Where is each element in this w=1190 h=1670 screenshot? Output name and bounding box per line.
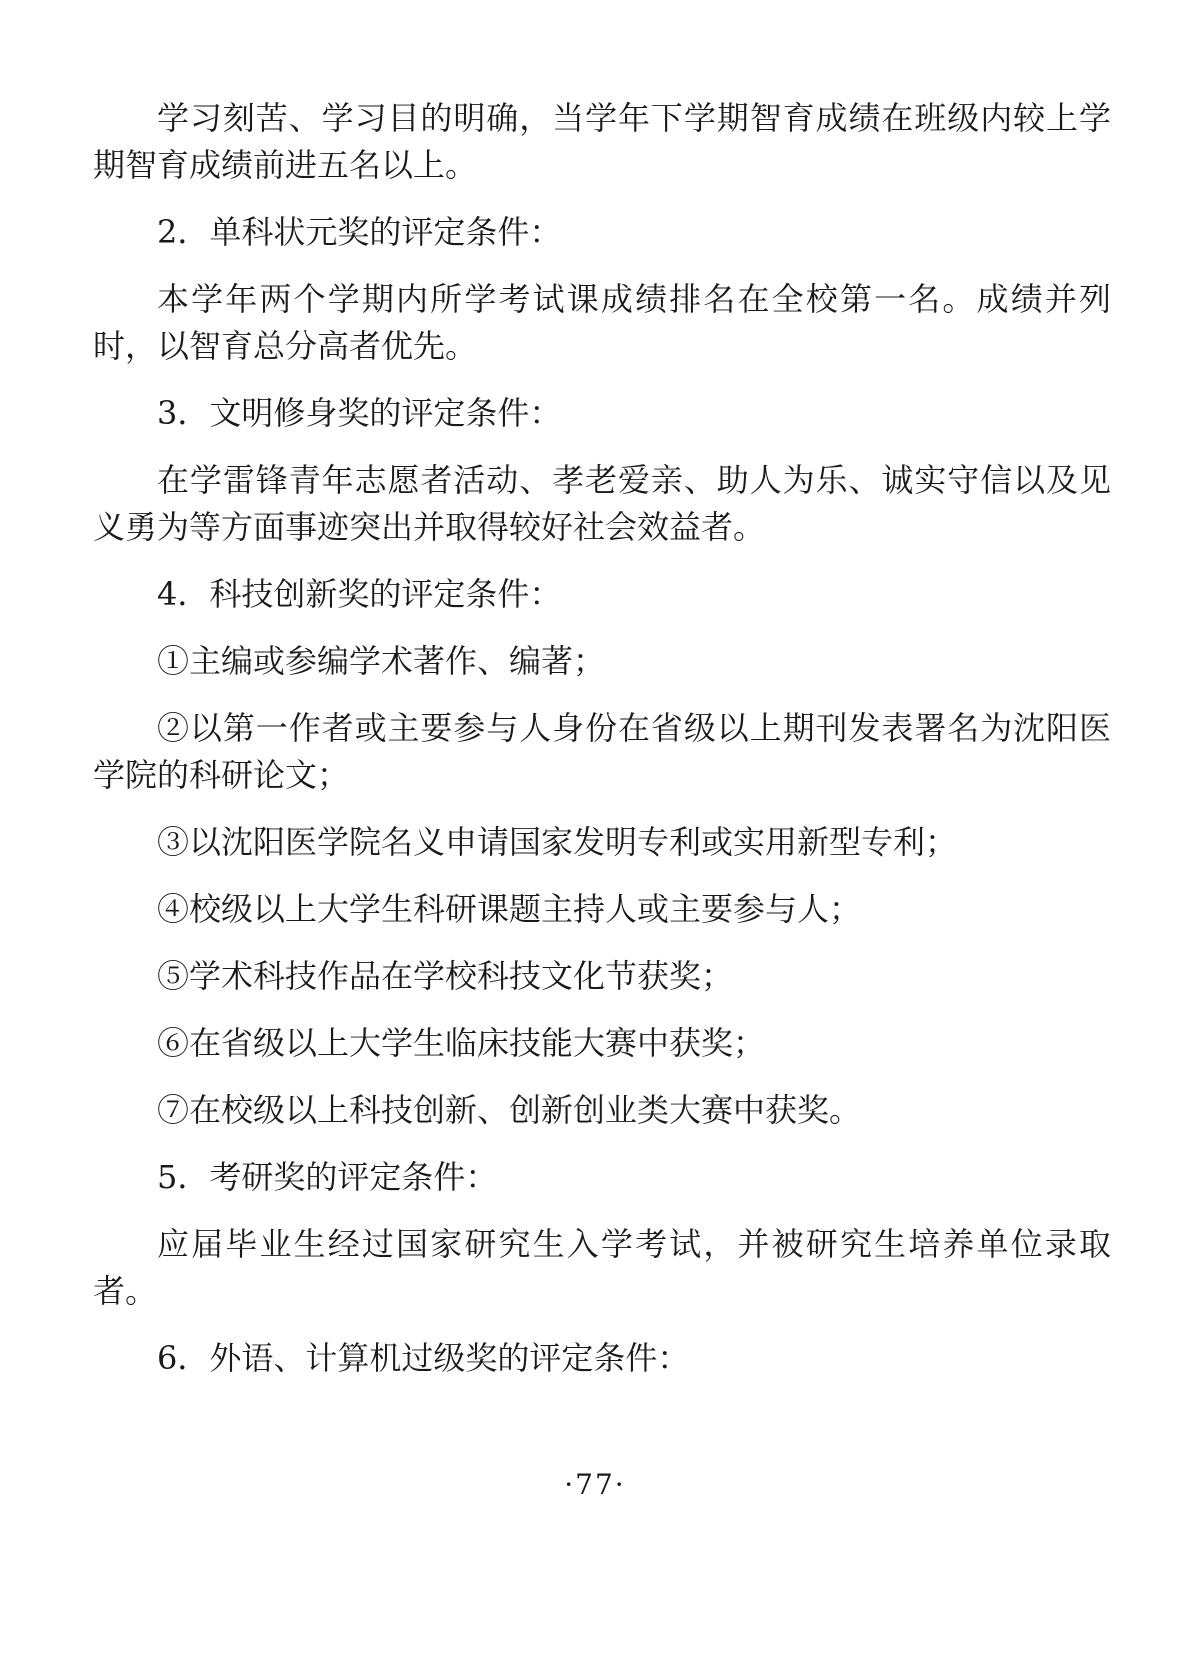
- page-number: ·77·: [0, 1468, 1190, 1501]
- numbered-item: ④校级以上大学生科研课题主持人或主要参与人；: [93, 886, 1111, 933]
- section-heading: 3．文明修身奖的评定条件：: [93, 390, 1111, 437]
- document-page: 学习刻苦、学习目的明确，当学年下学期智育成绩在班级内较上学期智育成绩前进五名以上…: [0, 0, 1190, 1670]
- body-paragraph: 在学雷锋青年志愿者活动、孝老爱亲、助人为乐、诚实守信以及见义勇为等方面事迹突出并…: [93, 457, 1111, 551]
- section-heading: 5．考研奖的评定条件：: [93, 1154, 1111, 1201]
- numbered-item: ③以沈阳医学院名义申请国家发明专利或实用新型专利；: [93, 819, 1111, 866]
- numbered-item: ②以第一作者或主要参与人身份在省级以上期刊发表署名为沈阳医学院的科研论文；: [93, 705, 1111, 799]
- section-heading: 4．科技创新奖的评定条件：: [93, 571, 1111, 618]
- page-body-text: 学习刻苦、学习目的明确，当学年下学期智育成绩在班级内较上学期智育成绩前进五名以上…: [93, 95, 1111, 1382]
- section-heading: 6．外语、计算机过级奖的评定条件：: [93, 1335, 1111, 1382]
- body-paragraph: 应届毕业生经过国家研究生入学考试，并被研究生培养单位录取者。: [93, 1221, 1111, 1315]
- body-paragraph: 本学年两个学期内所学考试课成绩排名在全校第一名。成绩并列时，以智育总分高者优先。: [93, 276, 1111, 370]
- numbered-item: ⑥在省级以上大学生临床技能大赛中获奖；: [93, 1020, 1111, 1067]
- numbered-item: ⑦在校级以上科技创新、创新创业类大赛中获奖。: [93, 1087, 1111, 1134]
- numbered-item: ⑤学术科技作品在学校科技文化节获奖；: [93, 953, 1111, 1000]
- numbered-item: ①主编或参编学术著作、编著；: [93, 638, 1111, 685]
- body-paragraph: 学习刻苦、学习目的明确，当学年下学期智育成绩在班级内较上学期智育成绩前进五名以上…: [93, 95, 1111, 189]
- section-heading: 2．单科状元奖的评定条件：: [93, 209, 1111, 256]
